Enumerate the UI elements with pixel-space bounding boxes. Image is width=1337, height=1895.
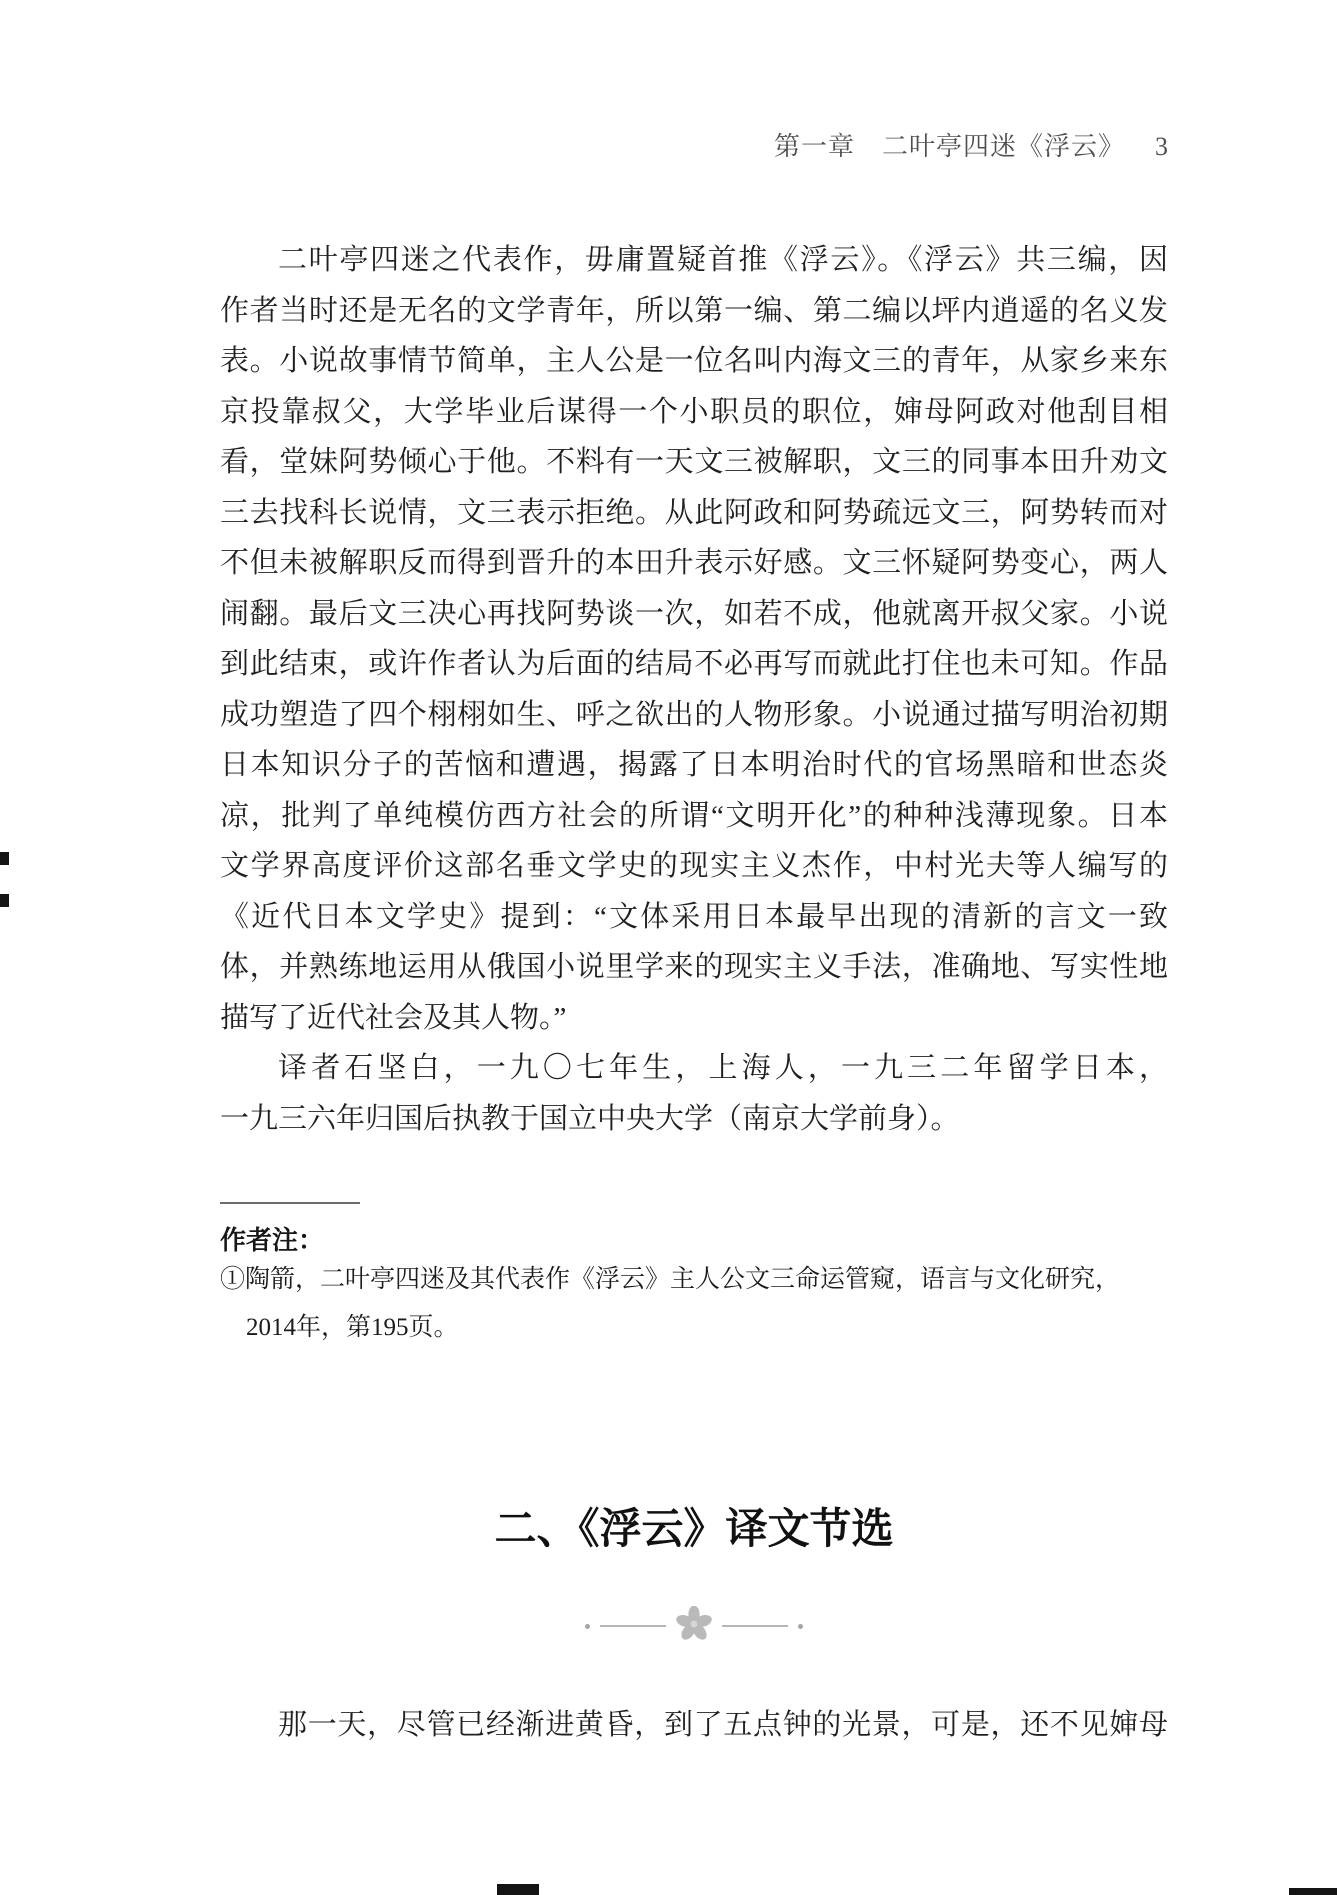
divider-line-right	[722, 1625, 788, 1627]
text-line: 一九三六年归国后执教于国立中央大学（南京大学前身）。	[220, 1094, 1168, 1145]
text-line: 京投靠叔父，大学毕业后谋得一个小职员的职位，婶母阿政对他刮目相	[220, 387, 1168, 438]
divider-line-left	[600, 1625, 666, 1627]
text-line: 三去找科长说情，文三表示拒绝。从此阿政和阿势疏远文三，阿势转而对	[220, 488, 1168, 539]
footnote-line: 2014年，第195页。	[220, 1304, 1168, 1352]
author-note-rule	[220, 1202, 360, 1204]
text-line: 闹翻。最后文三决心再找阿势谈一次，如若不成，他就离开叔父家。小说	[220, 589, 1168, 640]
body-paragraph-1: 二叶亭四迷之代表作，毋庸置疑首推《浮云》。《浮云》共三编，因作者当时还是无名的文…	[220, 235, 1168, 1043]
divider-dot-left	[585, 1624, 590, 1629]
text-line: 成功塑造了四个栩栩如生、呼之欲出的人物形象。小说通过描写明治初期	[220, 690, 1168, 741]
page-number-label: 3	[1155, 132, 1168, 162]
author-note-label: 作者注：	[220, 1220, 324, 1257]
section-divider	[220, 1604, 1168, 1648]
text-line: 表。小说故事情节简单，主人公是一位名叫内海文三的青年，从家乡来东	[220, 336, 1168, 387]
text-line: 日本知识分子的苦恼和遭遇，揭露了日本明治时代的官场黑暗和世态炎	[220, 740, 1168, 791]
scan-artifact	[497, 1884, 539, 1895]
blossom-icon	[676, 1606, 712, 1647]
text-line: 不但未被解职反而得到晋升的本田升表示好感。文三怀疑阿势变心，两人	[220, 538, 1168, 589]
text-line: 到此结束，或许作者认为后面的结局不必再写而就此打住也未可知。作品	[220, 639, 1168, 690]
page-header: 第一章 二叶亭四迷《浮云》 3	[220, 126, 1168, 163]
book-page: 第一章 二叶亭四迷《浮云》 3 二叶亭四迷之代表作，毋庸置疑首推《浮云》。《浮云…	[0, 0, 1337, 1895]
divider-dot-right	[798, 1624, 803, 1629]
text-line: 译者石坚白，一九〇七年生，上海人，一九三二年留学日本，	[220, 1043, 1168, 1094]
author-note-lines: ①陶箭，二叶亭四迷及其代表作《浮云》主人公文三命运管窥，语言与文化研究，2014…	[220, 1256, 1168, 1352]
text-line: 描写了近代社会及其人物。”	[220, 993, 1168, 1044]
text-line: 看，堂妹阿势倾心于他。不料有一天文三被解职，文三的同事本田升劝文	[220, 437, 1168, 488]
footnote-line: ①陶箭，二叶亭四迷及其代表作《浮云》主人公文三命运管窥，语言与文化研究，	[220, 1256, 1168, 1304]
text-line: 凉，批判了单纯模仿西方社会的所谓“文明开化”的种种浅薄现象。日本	[220, 791, 1168, 842]
text-line: 《近代日本文学史》提到：“文体采用日本最早出现的清新的言文一致	[220, 892, 1168, 943]
scan-artifact	[0, 894, 9, 907]
text-line: 那一天，尽管已经渐进黄昏，到了五点钟的光景，可是，还不见婶母	[220, 1700, 1168, 1751]
text-line: 文学界高度评价这部名垂文学史的现实主义杰作，中村光夫等人编写的	[220, 841, 1168, 892]
excerpt-paragraph: 那一天，尽管已经渐进黄昏，到了五点钟的光景，可是，还不见婶母	[220, 1700, 1168, 1751]
text-line: 二叶亭四迷之代表作，毋庸置疑首推《浮云》。《浮云》共三编，因	[220, 235, 1168, 286]
chapter-title: 第一章 二叶亭四迷《浮云》	[774, 126, 1125, 163]
section-heading: 二、《浮云》译文节选	[220, 1496, 1168, 1556]
scan-artifact	[0, 852, 9, 865]
text-line: 作者当时还是无名的文学青年，所以第一编、第二编以坪内逍遥的名义发	[220, 286, 1168, 337]
scan-artifact	[1289, 1888, 1337, 1895]
text-line: 体，并熟练地运用从俄国小说里学来的现实主义手法，准确地、写实性地	[220, 942, 1168, 993]
body-paragraph-2: 译者石坚白，一九〇七年生，上海人，一九三二年留学日本，一九三六年归国后执教于国立…	[220, 1043, 1168, 1144]
